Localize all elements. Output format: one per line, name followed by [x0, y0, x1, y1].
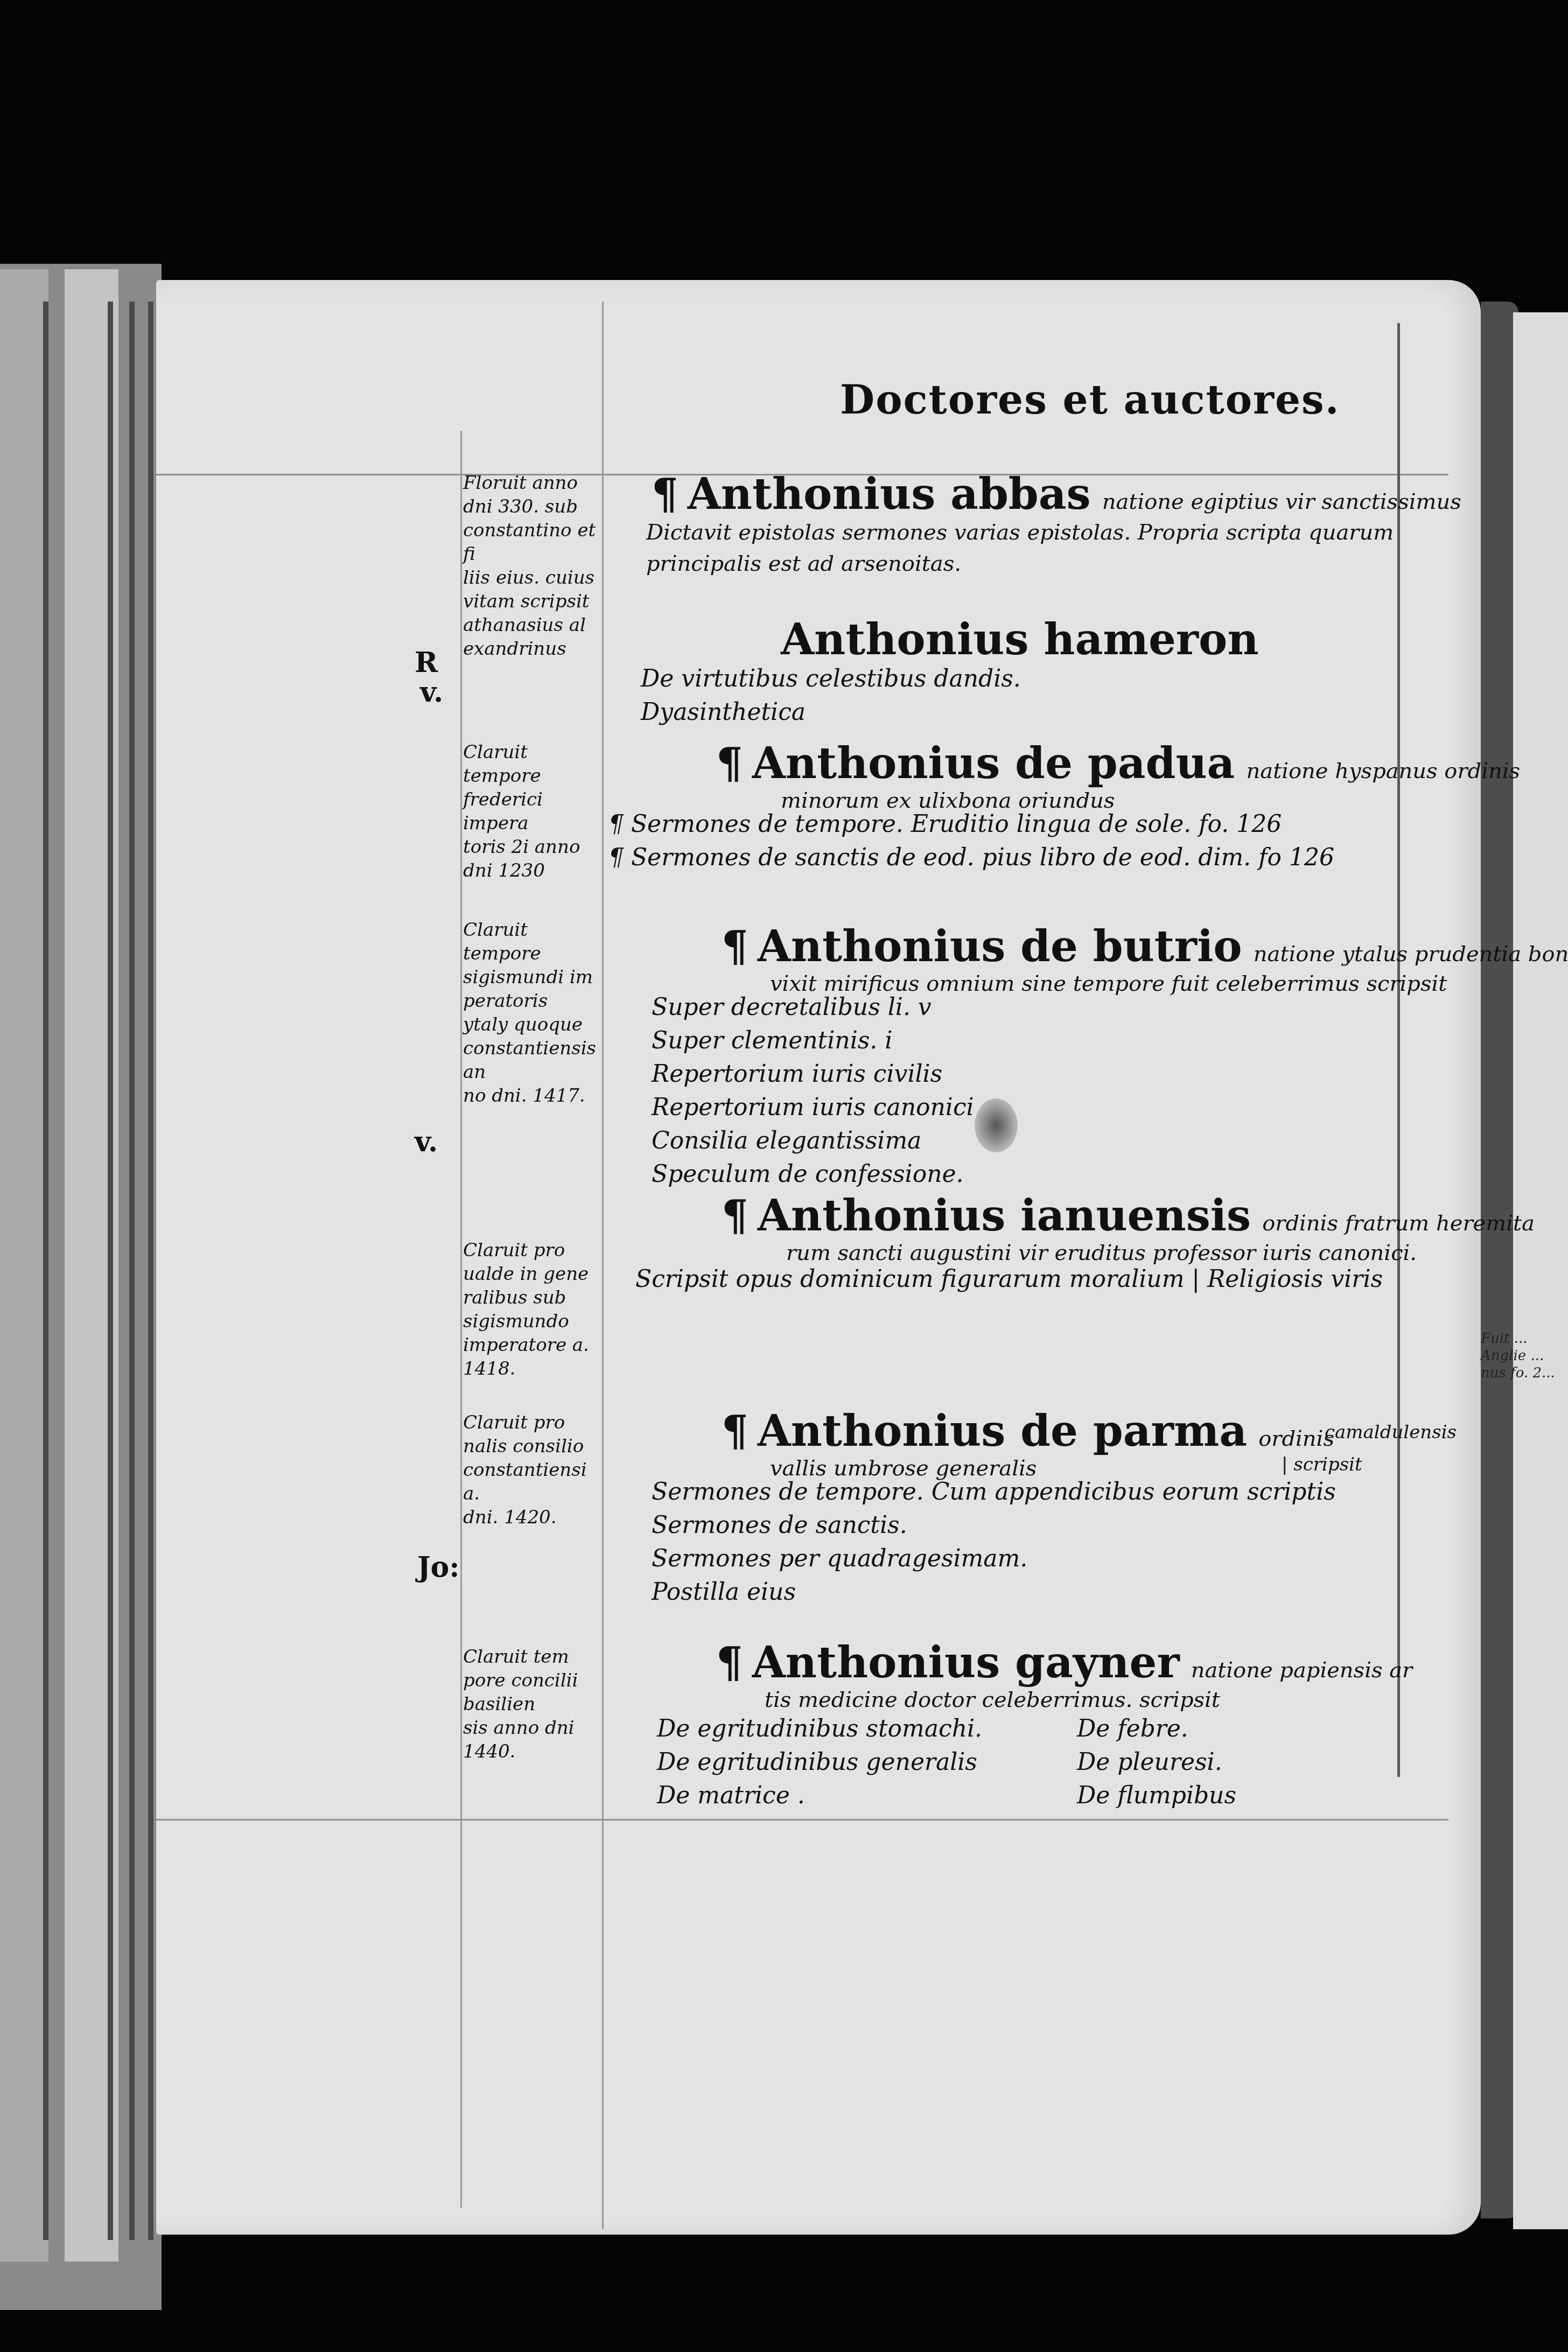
facing-note-line: nus fo. 2...	[1481, 1364, 1568, 1382]
entry-name: Anthonius gayner	[752, 1637, 1180, 1688]
pilcrow-icon: ¶	[716, 1639, 743, 1688]
margin-note-line: sis anno dni	[463, 1716, 603, 1740]
work-title: Sermones per quadragesimam.	[652, 1542, 1336, 1576]
entry-name: Anthonius abbas	[688, 468, 1091, 519]
margin-note-line: dni 1230	[463, 859, 603, 883]
work-title: Postilla eius	[652, 1576, 1336, 1609]
margin-note-gayner: Claruit tem pore concilii basilien sis a…	[463, 1645, 603, 1763]
marginal-mark: Jo:	[417, 1551, 459, 1584]
margin-note-line: Claruit tempore	[463, 918, 603, 965]
page-stack-line	[129, 302, 135, 2240]
margin-note-line: constantino et fi	[463, 519, 603, 566]
work-title: De febre.	[1077, 1712, 1292, 1746]
margin-note-line: 1418.	[463, 1357, 603, 1381]
margin-note-line: Claruit pro	[463, 1411, 603, 1434]
right-note-line: camaldulensis	[1325, 1422, 1457, 1443]
margin-note-line: sigismundi im	[463, 965, 603, 989]
entry-description: natione hyspanus ordinis	[1247, 759, 1521, 783]
marginal-mark: v.	[420, 676, 443, 709]
page-stack-line	[108, 302, 113, 2240]
pilcrow-icon: ¶	[652, 470, 678, 519]
margin-note-line: liis eius. cuius	[463, 566, 603, 590]
work-title: Repertorium iuris canonici	[652, 1091, 974, 1124]
margin-note-line: constantiensis an	[463, 1037, 603, 1084]
margin-note-line: no dni. 1417.	[463, 1084, 603, 1108]
margin-note-line: frederici impera	[463, 788, 603, 835]
margin-note-line: ralibus sub	[463, 1286, 603, 1310]
entry-name: Anthonius de parma	[758, 1405, 1247, 1456]
margin-note-line: pore concilii basilien	[463, 1669, 603, 1716]
margin-note-line: ytaly quoque	[463, 1013, 603, 1037]
entry-anthonius-ianuensis: ¶ Anthonius ianuensis ordinis fratrum he…	[722, 1190, 1535, 1265]
margin-note-line: Claruit tempore	[463, 740, 603, 788]
margin-note-line: Floruit anno	[463, 471, 603, 495]
pilcrow-icon: ¶	[722, 1192, 748, 1241]
entry-anthonius-de-butrio: ¶ Anthonius de butrio natione ytalus pru…	[722, 921, 1568, 996]
facing-page-edge	[1513, 312, 1568, 2229]
ink-blot	[975, 1098, 1018, 1152]
entry-anthonius-gayner: ¶ Anthonius gayner natione papiensis ar …	[716, 1637, 1412, 1712]
margin-note-line: sigismundo	[463, 1310, 603, 1333]
work-title: Dyasinthetica	[641, 696, 1021, 729]
page-stack-edge	[0, 269, 48, 2262]
margin-ruling-line-left	[460, 431, 462, 2208]
facing-page-note: Fuit ... Anglie ... nus fo. 2...	[1481, 1330, 1568, 1382]
marginal-mark: v.	[415, 1125, 438, 1158]
margin-note-line: toris 2i anno	[463, 835, 603, 859]
page-stack-line	[148, 302, 153, 2240]
margin-note-butrio: Claruit tempore sigismundi im peratoris …	[463, 918, 603, 1108]
margin-note-parma: Claruit pro nalis consilio constantiensi…	[463, 1411, 603, 1529]
margin-note-line: exandrinus	[463, 637, 603, 661]
work-title: Consilia elegantissima	[652, 1124, 974, 1158]
facing-note-line: Fuit ...	[1481, 1330, 1568, 1347]
entry-anthonius-hameron: Anthonius hameron	[781, 614, 1259, 664]
entry-description: natione papiensis ar	[1191, 1658, 1413, 1683]
margin-note-ianuensis: Claruit pro ualde in gene ralibus sub si…	[463, 1238, 603, 1381]
work-title: De egritudinibus stomachi.	[657, 1712, 1066, 1746]
entry-anthonius-de-parma: ¶ Anthonius de parma ordinis vallis umbr…	[722, 1405, 1334, 1481]
entry-name: Anthonius ianuensis	[758, 1190, 1251, 1241]
margin-note-line: 1440.	[463, 1740, 603, 1763]
entry-padua-works: ¶ Sermones de tempore. Eruditio lingua d…	[608, 808, 1334, 874]
bottom-ruling-line	[156, 1819, 1448, 1821]
margin-note-line: ualde in gene	[463, 1262, 603, 1286]
work-title: ¶ Sermones de tempore. Eruditio lingua d…	[608, 808, 1334, 841]
entry-anthonius-abbas-body: Dictavit epistolas sermones varias epist…	[646, 517, 1411, 579]
work-title: Speculum de confessione.	[652, 1158, 974, 1191]
margin-note-line: athanasius al	[463, 613, 603, 637]
marginal-mark: R	[415, 646, 438, 679]
pilcrow-icon: ¶	[716, 739, 743, 788]
work-title: De matrice .	[657, 1779, 1066, 1812]
right-note-line: | scripsit	[1282, 1454, 1457, 1475]
margin-note-line: Claruit pro	[463, 1238, 603, 1262]
work-title: De egritudinibus generalis	[657, 1746, 1066, 1779]
work-title: Repertorium iuris civilis	[652, 1058, 974, 1091]
margin-note-line: vitam scripsit	[463, 590, 603, 613]
entry-description-continued: rum sancti augustini vir eruditus profes…	[786, 1241, 1535, 1265]
page-heading: Doctores et auctores.	[840, 377, 1340, 423]
facing-note-line: Anglie ...	[1481, 1347, 1568, 1364]
pilcrow-icon: ¶	[722, 922, 748, 971]
entry-name: Anthonius de butrio	[758, 921, 1242, 971]
entry-gayner-works: De egritudinibus stomachi. De egritudini…	[657, 1712, 1292, 1812]
work-title: Super decretalibus li. v	[652, 991, 974, 1024]
page-stack-line	[43, 302, 48, 2240]
margin-note-line: peratoris	[463, 989, 603, 1013]
entry-parma-works: Sermones de tempore. Cum appendicibus eo…	[652, 1475, 1336, 1609]
work-title: De virtutibus celestibus dandis.	[641, 662, 1021, 696]
entry-description: natione ytalus prudentia bone	[1254, 942, 1568, 967]
margin-note-line: Claruit tem	[463, 1645, 603, 1669]
entry-anthonius-de-padua: ¶ Anthonius de padua natione hyspanus or…	[716, 738, 1520, 813]
work-title: Sermones de sanctis.	[652, 1509, 1336, 1542]
entry-description-continued: Dictavit epistolas sermones varias epist…	[646, 517, 1411, 579]
right-margin-note: camaldulensis | scripsit	[1282, 1422, 1457, 1475]
entry-hameron-works: De virtutibus celestibus dandis. Dyasint…	[641, 662, 1021, 729]
entry-name: Anthonius de padua	[752, 738, 1235, 788]
entry-butrio-works: Super decretalibus li. v Super clementin…	[652, 991, 974, 1191]
work-title: Super clementinis. i	[652, 1024, 974, 1058]
entry-ianuensis-works: Scripsit opus dominicum figurarum morali…	[635, 1263, 1383, 1296]
margin-note-line: dni. 1420.	[463, 1506, 603, 1529]
entry-description-continued: tis medicine doctor celeberrimus. scrips…	[765, 1688, 1412, 1712]
margin-note-line: constantiensi a.	[463, 1458, 603, 1506]
entry-anthonius-abbas: ¶ Anthonius abbas natione egiptius vir s…	[652, 468, 1427, 519]
margin-note-line: dni 330. sub	[463, 495, 603, 519]
margin-note-line: nalis consilio	[463, 1434, 603, 1458]
pilcrow-icon: ¶	[722, 1407, 748, 1456]
work-title: ¶ Sermones de sanctis de eod. pius libro…	[608, 841, 1334, 874]
entry-name: Anthonius hameron	[781, 614, 1259, 664]
entry-description: ordinis fratrum heremita	[1262, 1211, 1535, 1236]
work-title: Scripsit opus dominicum figurarum morali…	[635, 1263, 1383, 1296]
margin-note-abbas: Floruit anno dni 330. sub constantino et…	[463, 471, 603, 661]
entry-description: natione egiptius vir sanctissimus	[1102, 489, 1461, 514]
margin-note-line: imperatore a.	[463, 1333, 603, 1357]
work-title: Sermones de tempore. Cum appendicibus eo…	[652, 1475, 1336, 1509]
work-title: De flumpibus	[1077, 1779, 1292, 1812]
work-title: De pleuresi.	[1077, 1746, 1292, 1779]
margin-note-padua: Claruit tempore frederici impera toris 2…	[463, 740, 603, 883]
